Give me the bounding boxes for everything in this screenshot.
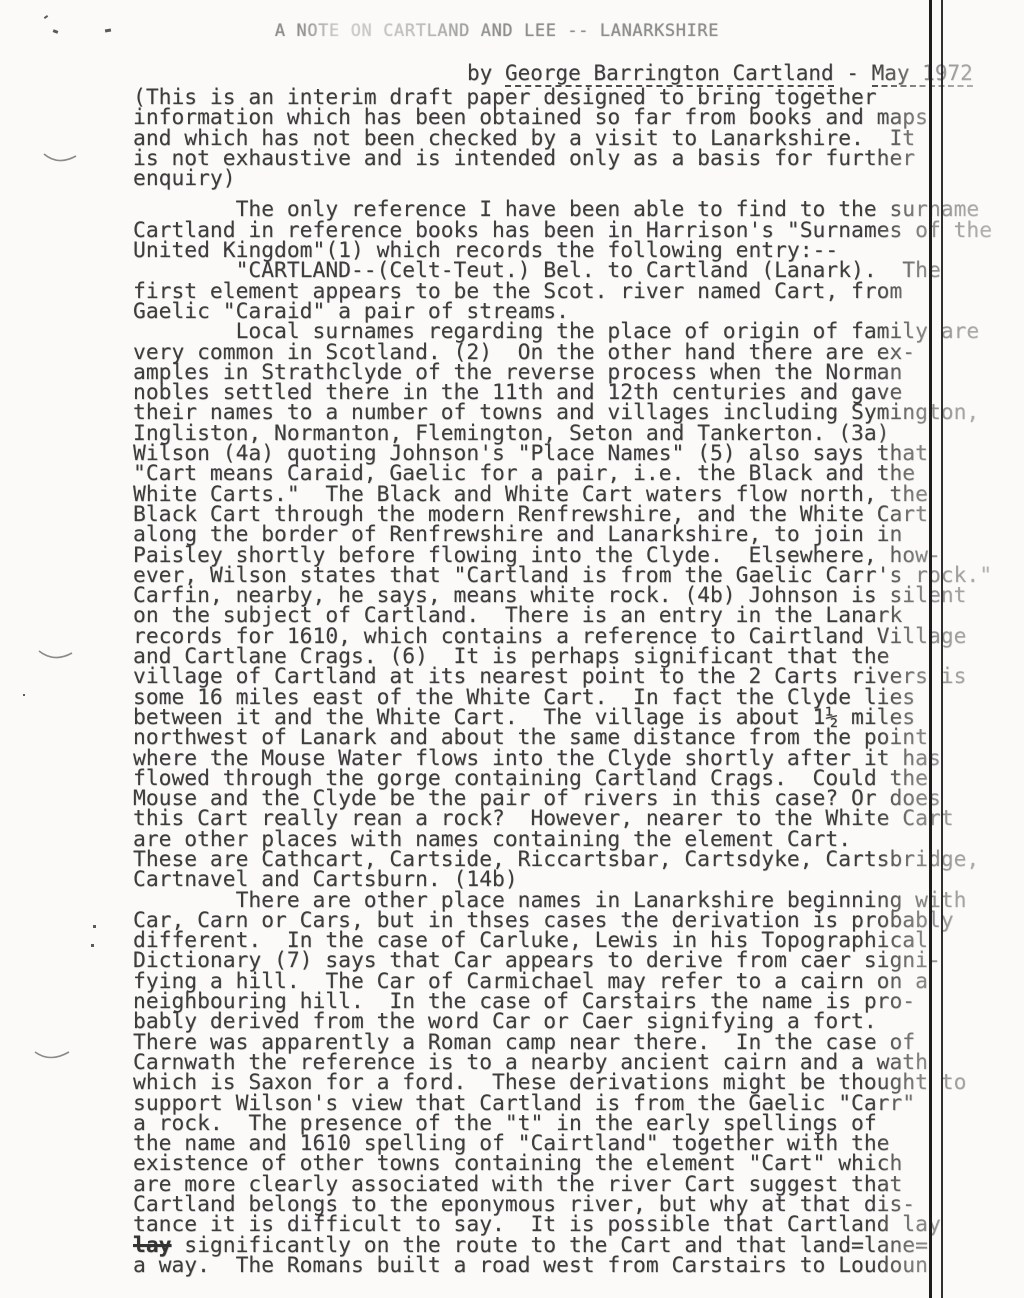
pencil-mark (42, 146, 82, 168)
document-title: A NOTE ON CARTLAND AND LEE -- LANARKSHIR… (0, 21, 994, 41)
pencil-mark (33, 1044, 73, 1066)
text-line: a way. The Romans built a road west from… (133, 1256, 1024, 1276)
document-body: (This is an interim draft paper designed… (133, 88, 1024, 1276)
scan-speck (23, 694, 25, 696)
binder-line-left (929, 0, 932, 1298)
scan-speck (93, 925, 96, 928)
scanned-document-page: A NOTE ON CARTLAND AND LEE -- LANARKSHIR… (0, 0, 1024, 1298)
pencil-mark (37, 644, 77, 666)
byline-separator: - (834, 61, 872, 85)
text-line: enquiry) (133, 169, 1024, 189)
byline-prefix: by (467, 61, 505, 85)
text-line: is not exhaustive and is intended only a… (133, 149, 1024, 169)
binder-line-right (941, 0, 943, 1298)
byline-date: May 1972 (872, 61, 973, 87)
byline-author: George Barrington Cartland (505, 61, 834, 87)
scan-speck (91, 944, 94, 947)
byline: by George Barrington Cartland - May 1972 (467, 61, 973, 85)
scan-speck (44, 15, 48, 19)
